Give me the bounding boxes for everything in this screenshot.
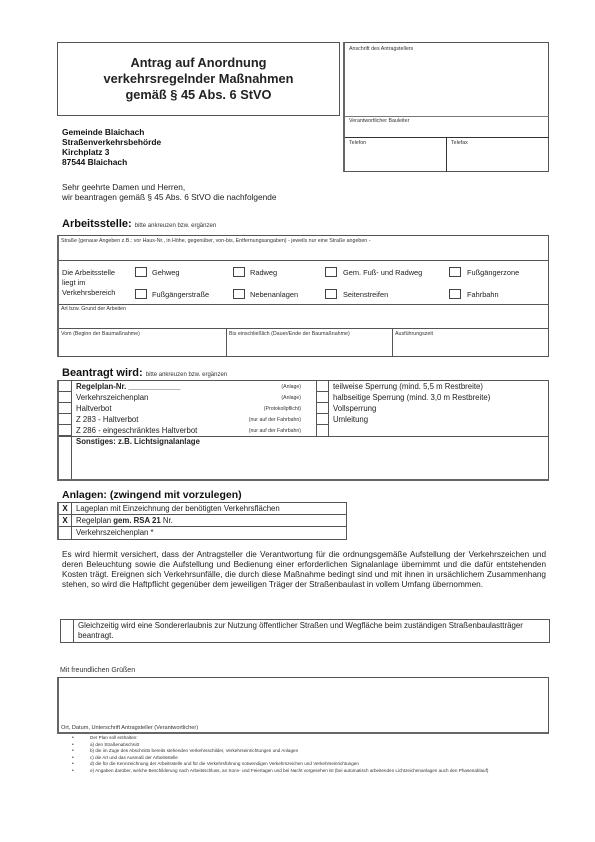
bullet-icon: • xyxy=(72,761,74,768)
attachment-checkbox-site-plan[interactable]: X xyxy=(59,503,72,515)
traffic-area-section: Die Arbeitsstelle liegt im Verkehrsberei… xyxy=(59,261,549,305)
option-radweg: Radweg xyxy=(250,268,277,277)
checkbox-gehweg[interactable] xyxy=(135,267,147,277)
requested-checkbox-left[interactable] xyxy=(59,381,72,392)
requested-item-hint: (nur auf der Fahrbahn) xyxy=(249,417,301,423)
option-seitenstreifen: Seitenstreifen xyxy=(343,290,388,299)
requested-item-right-label: Umleitung xyxy=(333,414,368,425)
attachment-checkbox-regelplan[interactable]: X xyxy=(59,515,72,527)
authority-line-4: 87544 Blaichach xyxy=(62,158,161,168)
checkbox-fuss-radweg[interactable] xyxy=(325,267,337,277)
greeting-line-2: wir beantragen gemäß § 45 Abs. 6 StVO di… xyxy=(62,193,276,203)
closing-text: Mit freundlichen Grüßen xyxy=(60,667,135,674)
attachment-regelplan: Regelplan gem. RSA 21 Nr. xyxy=(76,516,173,525)
applicant-address-label: Anschrift des Antragstellers xyxy=(349,46,413,53)
footnote-text: Der Plan soll enthalten: xyxy=(90,735,138,740)
end-date-field[interactable]: Bis einschließlich (Dauer/Ende der Bauma… xyxy=(227,329,393,356)
attachment-site-plan: Lageplan mit Einzeichnung der benötigten… xyxy=(76,504,280,513)
site-manager-field[interactable]: Verantwortlicher Bauleiter xyxy=(345,116,549,138)
attachment-checkbox-sign-plan[interactable] xyxy=(59,527,72,539)
requested-item-hint: (Anlage) xyxy=(281,384,301,390)
declaration-text: Es wird hiermit versichert, dass der Ant… xyxy=(62,550,546,590)
bullet-icon: • xyxy=(72,748,74,755)
footnote-item: •c) die Art und das Ausmaß der Arbeitsst… xyxy=(72,755,510,762)
attachments-table: X Lageplan mit Einzeichnung der benötigt… xyxy=(57,502,347,540)
checkbox-nebenanlagen[interactable] xyxy=(233,289,245,299)
greeting: Sehr geehrte Damen und Herren, wir beant… xyxy=(62,183,276,203)
worksite-table: Straße (genaue Angeben z.B.: vor Haus-Nr… xyxy=(57,235,549,357)
footnote-text: b) die im Zuge des Abschnitts bereits st… xyxy=(90,748,298,753)
footnote-text: d) die für die Kennzeichnung der Arbeits… xyxy=(90,761,359,766)
requested-item-label: Z 286 - eingeschränktes Haltverbot xyxy=(76,425,197,436)
other-measures-label: Sonstiges: z.B. Lichtsignalanlage xyxy=(76,437,200,446)
work-reason-field[interactable]: Art bzw. Grund der Arbeiten xyxy=(59,305,549,329)
option-fussgaengerstrasse: Fußgängerstraße xyxy=(152,290,209,299)
worksite-subheading: bitte ankreuzen bzw. ergänzen xyxy=(135,223,216,229)
bullet-icon: • xyxy=(72,742,74,749)
worksite-heading: Arbeitsstelle: bitte ankreuzen bzw. ergä… xyxy=(62,218,216,230)
checkbox-radweg[interactable] xyxy=(233,267,245,277)
bullet-icon: • xyxy=(72,735,74,742)
requested-checkbox-left[interactable] xyxy=(59,425,72,436)
footnote-item: •e) Angaben darüber, welche Beschilderun… xyxy=(72,768,510,775)
attachment-regelplan-post: Nr. xyxy=(161,516,173,525)
checkbox-fussgaengerzone[interactable] xyxy=(449,267,461,277)
attachment-row: X Lageplan mit Einzeichnung der benötigt… xyxy=(59,503,347,515)
site-manager-label: Verantwortlicher Bauleiter xyxy=(349,118,409,125)
option-fuss-radweg: Gem. Fuß- und Radweg xyxy=(343,268,422,277)
traffic-area-label-2: liegt im xyxy=(62,278,115,288)
attachment-row: X Regelplan gem. RSA 21 Nr. xyxy=(59,515,347,527)
requested-table: Regelplan-Nr. ____________(Anlage)teilwe… xyxy=(57,380,549,481)
option-nebenanlagen: Nebenanlagen xyxy=(250,290,298,299)
requested-item-label: Haltverbot xyxy=(76,403,112,414)
footnote-item: •a) den Straßenabschnitt xyxy=(72,742,510,749)
execution-time-label: Ausführungszeit xyxy=(395,331,433,338)
form-title-line-1: Antrag auf Anordnung xyxy=(130,55,266,71)
requested-checkbox-right[interactable] xyxy=(316,403,329,414)
requested-checkbox-right[interactable] xyxy=(316,414,329,425)
footnote-text: a) den Straßenabschnitt xyxy=(90,742,139,747)
attachment-row: Verkehrszeichenplan * xyxy=(59,527,347,539)
attachment-regelplan-pre: Regelplan xyxy=(76,516,113,525)
requested-checkbox-right[interactable] xyxy=(316,381,329,392)
footnotes-list: •Der Plan soll enthalten:•a) den Straßen… xyxy=(72,735,510,775)
requested-item-right-label: teilweise Sperrung (mind. 5,5 m Restbrei… xyxy=(333,381,483,392)
requested-checkbox-left[interactable] xyxy=(59,403,72,414)
phone-field[interactable]: Telefon xyxy=(345,137,447,172)
fax-label: Telefax xyxy=(451,140,468,147)
bullet-icon: • xyxy=(72,768,74,775)
special-permit-checkbox[interactable] xyxy=(61,620,74,642)
footnote-item: •Der Plan soll enthalten: xyxy=(72,735,510,742)
requested-checkbox-left[interactable] xyxy=(59,392,72,403)
checkbox-sonstiges[interactable] xyxy=(59,436,72,479)
signature-field[interactable]: Ort, Datum, Unterschrift Antragsteller (… xyxy=(57,677,549,734)
checkbox-fahrbahn[interactable] xyxy=(449,289,461,299)
street-label: Straße (genaue Angeben z.B.: vor Haus-Nr… xyxy=(61,238,370,245)
footnote-item: •d) die für die Kennzeichnung der Arbeit… xyxy=(72,761,510,768)
worksite-heading-text: Arbeitsstelle: xyxy=(62,218,132,230)
requested-checkbox-left[interactable] xyxy=(59,414,72,425)
option-gehweg: Gehweg xyxy=(152,268,180,277)
phone-label: Telefon xyxy=(349,140,366,147)
requested-item-right-label: Vollsperrung xyxy=(333,403,376,414)
requested-heading-text: Beantragt wird: xyxy=(62,367,143,379)
form-title-box: Antrag auf Anordnung verkehrsregelnder M… xyxy=(57,42,340,116)
attachments-heading: Anlagen: (zwingend mit vorzulegen) xyxy=(62,489,242,501)
special-permit-text: Gleichzeitig wird eine Sondererlaubnis z… xyxy=(78,621,548,641)
end-date-label: Bis einschließlich (Dauer/Ende der Bauma… xyxy=(229,331,350,338)
requested-item-label: Z 283 - Haltverbot xyxy=(76,414,138,425)
form-title-line-3: gemäß § 45 Abs. 6 StVO xyxy=(125,87,271,103)
checkbox-fussgaengerstrasse[interactable] xyxy=(135,289,147,299)
applicant-address-field[interactable]: Anschrift des Antragstellers xyxy=(345,43,549,117)
attachment-regelplan-bold: gem. RSA 21 xyxy=(113,516,160,525)
execution-time-field[interactable]: Ausführungszeit xyxy=(393,329,549,356)
option-fussgaengerzone: Fußgängerzone xyxy=(467,268,519,277)
requested-item-hint: (nur auf der Fahrbahn) xyxy=(249,428,301,434)
start-date-label: Vom (Beginn der Baumaßnahme) xyxy=(61,331,140,338)
traffic-area-label-3: Verkehrsbereich xyxy=(62,288,115,298)
signature-label: Ort, Datum, Unterschrift Antragsteller (… xyxy=(61,725,198,731)
requested-item-label: Regelplan-Nr. ____________ xyxy=(76,381,180,392)
footnote-text: c) die Art und das Ausmaß der Arbeitsste… xyxy=(90,755,178,760)
requested-checkbox-right[interactable] xyxy=(316,392,329,403)
footnote-text: e) Angaben darüber, welche Beschilderung… xyxy=(90,768,510,775)
requested-item-label: Verkehrszeichenplan xyxy=(76,392,148,403)
bullet-icon: • xyxy=(72,755,74,762)
requested-subheading: bitte ankreuzen bzw. ergänzen xyxy=(146,372,227,378)
traffic-area-label-1: Die Arbeitsstelle xyxy=(62,268,115,278)
form-title-line-2: verkehrsregelnder Maßnahmen xyxy=(104,71,294,87)
requested-item-right-label: halbseitige Sperrung (mind. 3,0 m Restbr… xyxy=(333,392,490,403)
applicant-box: Anschrift des Antragstellers Verantwortl… xyxy=(343,42,549,172)
special-permit-box: Gleichzeitig wird eine Sondererlaubnis z… xyxy=(60,619,550,643)
authority-address: Gemeinde Blaichach Straßenverkehrsbehörd… xyxy=(62,128,161,168)
street-field[interactable]: Straße (genaue Angeben z.B.: vor Haus-Nr… xyxy=(59,236,549,261)
start-date-field[interactable]: Vom (Beginn der Baumaßnahme) xyxy=(59,329,227,356)
fax-field[interactable]: Telefax xyxy=(447,137,549,172)
traffic-area-label: Die Arbeitsstelle liegt im Verkehrsberei… xyxy=(62,268,115,298)
requested-item-hint: (Protokollpflicht) xyxy=(264,406,301,412)
requested-heading: Beantragt wird: bitte ankreuzen bzw. erg… xyxy=(62,367,227,379)
requested-item-hint: (Anlage) xyxy=(281,395,301,401)
checkbox-seitenstreifen[interactable] xyxy=(325,289,337,299)
attachment-sign-plan: Verkehrszeichenplan * xyxy=(76,528,154,537)
option-fahrbahn: Fahrbahn xyxy=(467,290,499,299)
work-reason-label: Art bzw. Grund der Arbeiten xyxy=(61,306,126,313)
footnote-item: •b) die im Zuge des Abschnitts bereits s… xyxy=(72,748,510,755)
requested-checkbox-right[interactable] xyxy=(316,425,329,436)
